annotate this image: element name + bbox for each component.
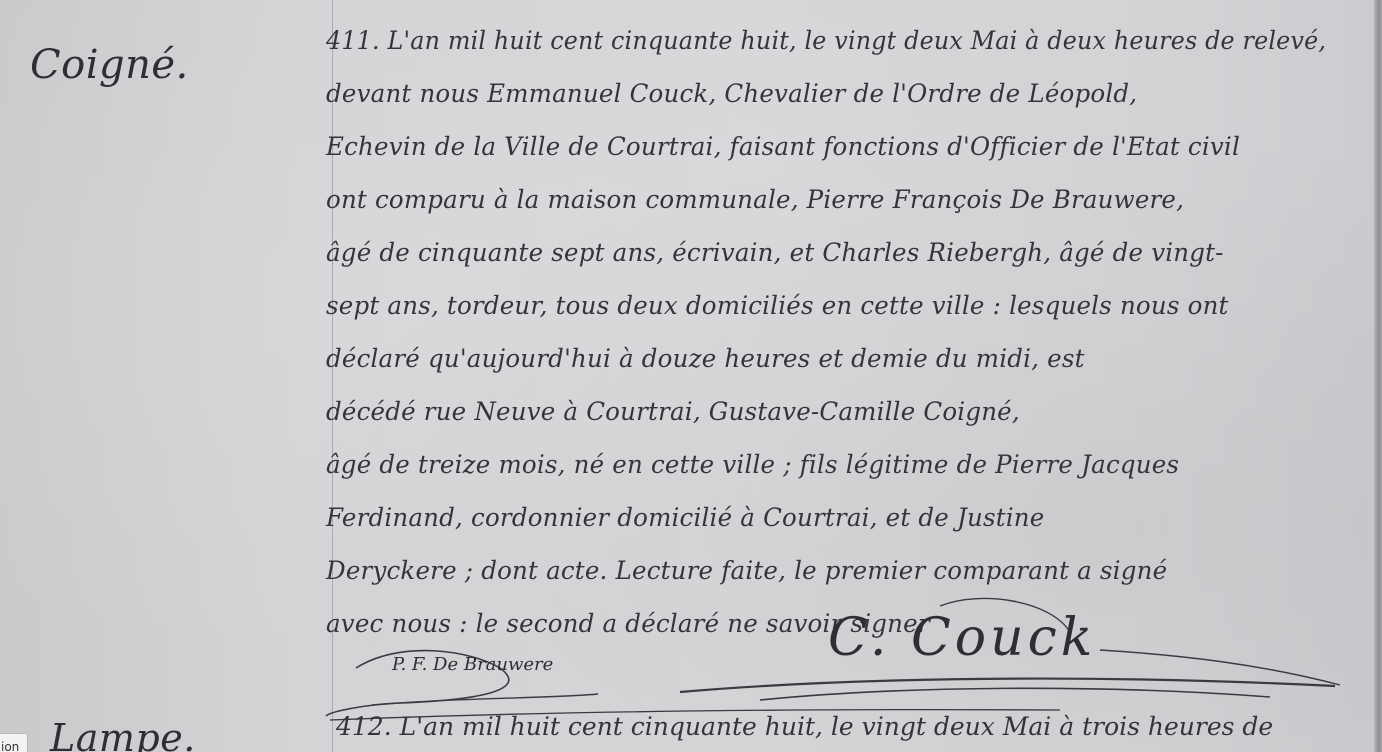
record-line: Ferdinand, cordonnier domicilié à Courtr… [326, 491, 1326, 544]
witness-signature: P. F. De Brauwere [392, 654, 553, 675]
death-record-412-start: 412. L'an mil huit cent cinquante huit, … [336, 712, 1273, 741]
record-line: déclaré qu'aujourd'hui à douze heures et… [326, 332, 1326, 385]
record-line: âgé de treize mois, né en cette ville ; … [326, 438, 1326, 491]
record-line: devant nous Emmanuel Couck, Chevalier de… [326, 67, 1326, 120]
page-edge [1374, 0, 1382, 752]
record-line: décédé rue Neuve à Courtrai, Gustave-Cam… [326, 385, 1326, 438]
margin-name-next: Lampe. [50, 716, 196, 752]
death-record-411: 411. L'an mil huit cent cinquante huit, … [326, 14, 1346, 650]
record-line: avec nous : le second a déclaré ne savoi… [326, 597, 1326, 650]
record-line: ont comparu à la maison communale, Pierr… [326, 173, 1326, 226]
record-line: sept ans, tordeur, tous deux domiciliés … [326, 279, 1326, 332]
viewer-corner-button[interactable]: ion [0, 733, 28, 752]
margin-name-current: Coigné. [30, 42, 189, 88]
record-line: Echevin de la Ville de Courtrai, faisant… [326, 120, 1326, 173]
document-viewer: Coigné. 411. L'an mil huit cent cinquant… [0, 0, 1382, 752]
record-line: Deryckere ; dont acte. Lecture faite, le… [326, 544, 1326, 597]
record-line: âgé de cinquante sept ans, écrivain, et … [326, 226, 1326, 279]
record-line: 411. L'an mil huit cent cinquante huit, … [326, 14, 1297, 67]
